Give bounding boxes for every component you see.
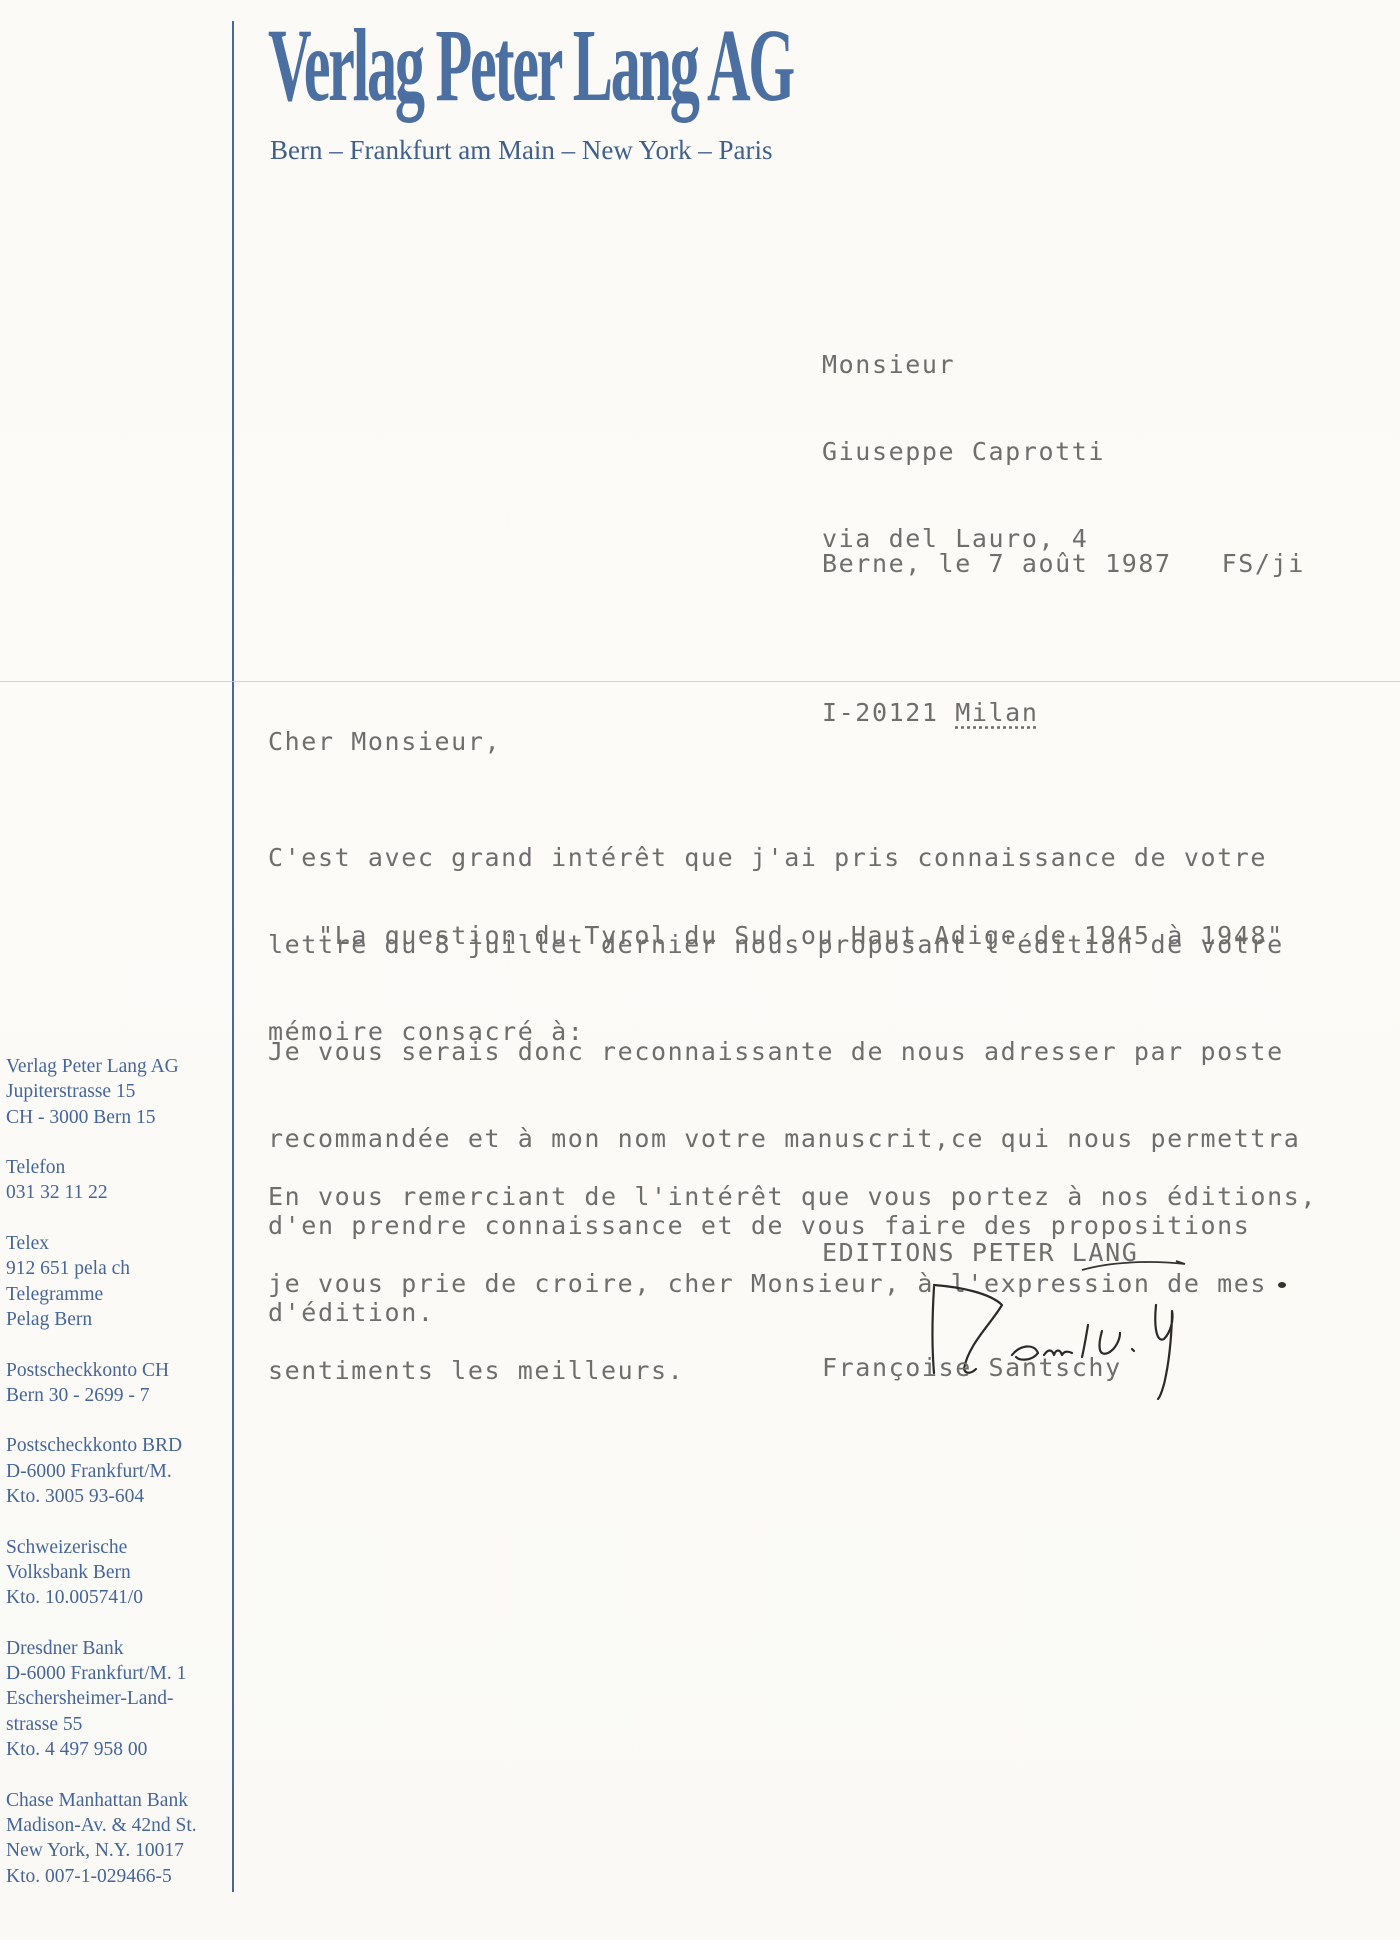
date-reference-line: Berne, le 7 août 1987 FS/ji: [822, 549, 1305, 578]
sidebar-line: Madison-Av. & 42nd St.: [6, 1813, 197, 1838]
sidebar-line: Kto. 007-1-029466-5: [6, 1864, 197, 1889]
ink-dot: [1278, 1282, 1286, 1288]
sidebar-line: Verlag Peter Lang AG: [6, 1054, 197, 1079]
quoted-manuscript-title: "La question du Tyrol du Sud ou Haut Adi…: [318, 921, 1284, 950]
sidebar-contact-block: Telex912 651 pela chTelegrammePelag Bern: [6, 1231, 197, 1332]
recipient-city: Milan: [955, 698, 1038, 727]
letterhead-vertical-rule: [232, 21, 234, 1892]
paragraph-line: En vous remerciant de l'intérêt que vous…: [268, 1182, 1317, 1211]
sidebar-line: Eschersheimer-Land-: [6, 1686, 197, 1711]
sidebar-line: Pelag Bern: [6, 1307, 197, 1332]
sidebar-line: 912 651 pela ch: [6, 1256, 197, 1281]
sidebar-line: CH - 3000 Bern 15: [6, 1105, 197, 1130]
sidebar-line: D-6000 Frankfurt/M.: [6, 1459, 197, 1484]
company-contact-sidebar: Verlag Peter Lang AGJupiterstrasse 15CH …: [6, 1054, 197, 1914]
sidebar-line: strasse 55: [6, 1712, 197, 1737]
sidebar-line: Postscheckkonto CH: [6, 1358, 197, 1383]
recipient-city-line: I-20121 Milan: [822, 698, 1105, 727]
recipient-postcode: I-20121: [822, 698, 939, 727]
sidebar-line: Telegramme: [6, 1282, 197, 1307]
greeting: Cher Monsieur,: [268, 727, 501, 756]
sidebar-contact-block: Telefon031 32 11 22: [6, 1155, 197, 1206]
company-logo: Verlag Peter Lang AG: [268, 14, 793, 118]
paragraph-line: Je vous serais donc reconnaissante de no…: [268, 1037, 1300, 1066]
sidebar-line: New York, N.Y. 10017: [6, 1838, 197, 1863]
sidebar-line: Kto. 3005 93-604: [6, 1484, 197, 1509]
sidebar-line: Kto. 10.005741/0: [6, 1585, 197, 1610]
sidebar-contact-block: Dresdner BankD-6000 Frankfurt/M. 1Escher…: [6, 1636, 197, 1762]
recipient-salutation: Monsieur: [822, 350, 1105, 379]
sidebar-line: Postscheckkonto BRD: [6, 1433, 197, 1458]
signer-name: Françoise Santschy: [822, 1353, 1122, 1382]
letter-page: Verlag Peter Lang AG Bern – Frankfurt am…: [0, 0, 1400, 1940]
office-cities: Bern – Frankfurt am Main – New York – Pa…: [270, 135, 772, 166]
sidebar-line: Bern 30 - 2699 - 7: [6, 1383, 197, 1408]
sidebar-line: Telefon: [6, 1155, 197, 1180]
sidebar-line: Chase Manhattan Bank: [6, 1788, 197, 1813]
sidebar-line: 031 32 11 22: [6, 1180, 197, 1205]
paragraph-line: C'est avec grand intérêt que j'ai pris c…: [268, 843, 1284, 872]
sidebar-contact-block: Verlag Peter Lang AGJupiterstrasse 15CH …: [6, 1054, 197, 1130]
sidebar-contact-block: Postscheckkonto BRDD-6000 Frankfurt/M.Kt…: [6, 1433, 197, 1509]
sidebar-contact-block: SchweizerischeVolksbank BernKto. 10.0057…: [6, 1535, 197, 1611]
sidebar-line: D-6000 Frankfurt/M. 1: [6, 1661, 197, 1686]
recipient-address: Monsieur Giuseppe Caprotti via del Lauro…: [822, 292, 1105, 785]
sidebar-contact-block: Chase Manhattan BankMadison-Av. & 42nd S…: [6, 1788, 197, 1889]
sidebar-line: Dresdner Bank: [6, 1636, 197, 1661]
sidebar-line: Telex: [6, 1231, 197, 1256]
sidebar-line: Jupiterstrasse 15: [6, 1079, 197, 1104]
sidebar-line: Volksbank Bern: [6, 1560, 197, 1585]
recipient-name: Giuseppe Caprotti: [822, 437, 1105, 466]
sidebar-contact-block: Postscheckkonto CHBern 30 - 2699 - 7: [6, 1358, 197, 1409]
paper-fold-line: [0, 681, 1400, 682]
sidebar-line: Kto. 4 497 958 00: [6, 1737, 197, 1762]
sidebar-line: Schweizerische: [6, 1535, 197, 1560]
